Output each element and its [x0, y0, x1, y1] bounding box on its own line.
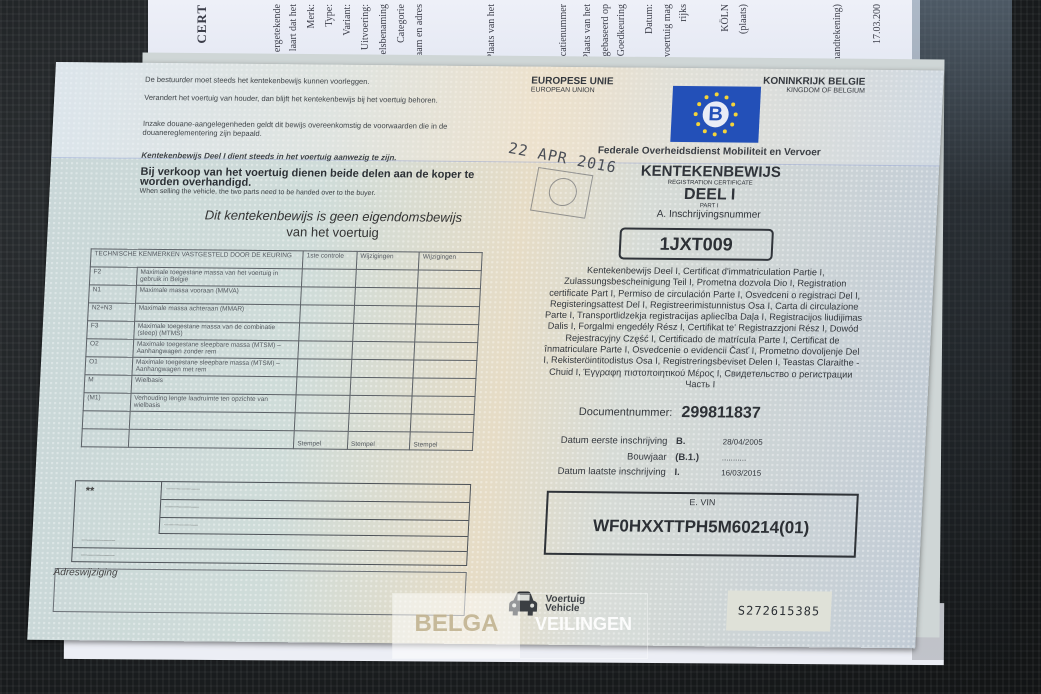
date-value: 28/04/2005: [722, 437, 762, 446]
bg-date: 17.03.200: [872, 4, 883, 44]
column-header: 1ste controle: [303, 251, 358, 270]
row-cell: [300, 305, 355, 324]
bg-field: Uitvoering:: [360, 4, 371, 50]
not-ownership-line1: Dit kentekenbewijs is geen eigendomsbewi…: [204, 207, 462, 224]
not-ownership-statement: Dit kentekenbewijs is geen eigendomsbewi…: [167, 207, 499, 242]
bg-field: Variant:: [342, 4, 353, 36]
stamp-cell: Stempel: [347, 431, 410, 450]
row-cell: [418, 270, 482, 289]
row-description: Maximale massa vooraan (MMVA): [135, 285, 301, 305]
row-cell: [349, 395, 412, 414]
row-code: M: [84, 375, 132, 393]
row-description: [129, 411, 295, 431]
serial-number: S272615385: [726, 590, 832, 631]
certificate-title: KENTEKENBEWIJS REGISTRATION CERTIFICATE …: [608, 163, 811, 222]
row-description: Wielbasis: [131, 375, 297, 395]
date-label: Datum laatste inschrijving: [536, 466, 667, 478]
not-ownership-line2: van het voertuig: [167, 223, 498, 242]
sale-notice-en: When selling the vehicle, the two parts …: [139, 187, 375, 198]
bg-field: ergetekende: [272, 4, 283, 52]
date-value: ...........: [722, 453, 747, 462]
holder-box: ** .....................................…: [71, 480, 471, 566]
holder-line: ......................................: [72, 548, 467, 566]
bg-field: Plaats van het: [486, 4, 497, 60]
bg-field: Plaats van het: [582, 4, 593, 60]
row-cell: [351, 359, 414, 378]
row-cell: [414, 342, 478, 361]
row-cell: [298, 341, 353, 360]
holder-stars: **: [85, 485, 94, 497]
bg-field: voertuig mag: [662, 4, 673, 57]
date-code: I.: [674, 467, 715, 478]
multilingual-title: Kentekenbewijs Deel I, Certificat d'imma…: [540, 265, 866, 392]
row-description: Maximale massa achteraan (MMAR): [135, 303, 301, 323]
bg-field: Categorie: [396, 4, 407, 43]
row-cell: [350, 377, 413, 396]
official-stamp-icon: [530, 167, 593, 219]
stamp-row: StempelStempelStempel: [81, 429, 473, 451]
eu-belgium-flag-icon: B: [670, 86, 761, 143]
row-cell: [352, 341, 415, 360]
row-cell: [348, 413, 411, 432]
row-cell: [294, 413, 349, 432]
row-description: Maximale toegestane massa van de combina…: [134, 321, 300, 341]
row-cell: [415, 324, 479, 343]
row-cell: [297, 359, 352, 378]
row-cell: [301, 287, 356, 306]
watermark-belga: BELGA: [393, 594, 520, 658]
vin-value: WF0HXXTTPH5M60214(01): [547, 516, 856, 539]
row-cell: [355, 269, 418, 288]
build-year-row: Bouwjaar (B.1.) ...........: [536, 451, 746, 464]
row-cell: [413, 360, 477, 379]
registration-number-label: A. Inschrijvingsnummer: [608, 208, 809, 222]
registration-certificate-card: De bestuurder moet steeds het kentekenbe…: [27, 62, 944, 648]
row-cell: [354, 287, 417, 306]
technical-characteristics-table: TECHNISCHE KENMERKEN VASTGESTELD DOOR DE…: [81, 248, 483, 451]
row-cell: [128, 429, 294, 449]
row-description: Maximale toegestane massa van het voertu…: [136, 267, 302, 287]
bg-field: rijks: [678, 4, 689, 22]
row-cell: [296, 377, 351, 396]
date-code: (B.1.): [675, 452, 716, 463]
row-cell: [299, 323, 354, 342]
kingdom-label: KONINKRIJK BELGIE KINGDOM OF BELGIUM: [762, 77, 865, 96]
document-number-label: Documentnummer:: [579, 406, 673, 419]
bg-field: laart dat het: [288, 4, 299, 51]
row-code: N1: [89, 285, 137, 303]
row-code: O2: [86, 339, 134, 357]
row-cell: [417, 288, 481, 307]
bg-field: Goedkeuring: [616, 4, 627, 56]
bg-place: KÖLN: [720, 4, 731, 32]
address-change-label: Adreswijziging: [53, 567, 117, 579]
column-header: Wijzigingen: [419, 252, 483, 271]
row-cell: [411, 414, 475, 433]
row-description: Maximale toegestane sleepbare massa (MTS…: [133, 339, 299, 359]
registration-number: 1JXT009: [618, 227, 774, 260]
bg-field: Merk:: [306, 4, 317, 28]
row-cell: [353, 305, 416, 324]
vin-label: E. VIN: [548, 496, 856, 509]
notice-3: Inzake douane-aangelegenheden geldt dit …: [142, 119, 513, 141]
row-code: F2: [89, 267, 137, 285]
row-cell: [295, 395, 350, 414]
date-label: Datum eerste inschrijving: [537, 435, 668, 447]
document-number-value: 299811837: [681, 404, 761, 422]
kingdom-label-en: KINGDOM OF BELGIUM: [762, 86, 865, 96]
row-cell: [302, 269, 357, 288]
bg-field: Type:: [324, 4, 335, 27]
date-value: 16/03/2015: [721, 468, 761, 477]
date-label: Bouwjaar: [536, 451, 667, 463]
agency-name: Federale Overheidsdienst Mobiliteit en V…: [598, 145, 821, 158]
row-cell: [412, 378, 476, 397]
row-cell: [412, 396, 476, 415]
title-nl: KENTEKENBEWIJS: [610, 163, 811, 181]
row-code: O1: [85, 357, 133, 375]
bg-field: Datum:: [644, 4, 655, 34]
table-header: TECHNISCHE KENMERKEN VASTGESTELD DOOR DE…: [90, 249, 303, 269]
part-nl: DEEL I: [609, 186, 810, 204]
first-registration-row: Datum eerste inschrijving B. 28/04/2005: [537, 435, 763, 448]
row-cell: [81, 429, 129, 447]
document-number: Documentnummer: 299811837: [578, 403, 761, 423]
row-cell: [416, 306, 480, 325]
row-code: F3: [87, 321, 135, 339]
stamp-cell: Stempel: [294, 431, 349, 450]
row-cell: [353, 323, 416, 342]
watermark-veilingen: VEILINGEN: [520, 594, 647, 658]
row-description: Maximale toegestane sleepbare massa (MTS…: [132, 357, 298, 377]
row-code: [82, 411, 130, 429]
bg-place-label: (plaats): [738, 4, 749, 34]
date-code: B.: [676, 436, 717, 447]
column-header: Wijzigingen: [356, 251, 419, 270]
bg-signature-label: (handtekening): [832, 4, 843, 65]
eu-label: EUROPESE UNIE EUROPEAN UNION: [531, 77, 614, 96]
row-code: N2+N3: [88, 303, 136, 321]
row-code: (M1): [83, 393, 131, 411]
bg-heading: CERT: [194, 4, 210, 44]
stamp-cell: Stempel: [410, 432, 474, 451]
row-description: Verhouding lengte laadruimte ten opzicht…: [130, 393, 296, 413]
watermark: BELGA VEILINGEN: [392, 593, 648, 659]
last-registration-row: Datum laatste inschrijving I. 16/03/2015: [536, 466, 762, 479]
notice-bold: Kentekenbewijs Deel I dient steeds in he…: [141, 151, 397, 162]
vin-box: E. VIN WF0HXXTTPH5M60214(01): [544, 491, 859, 558]
